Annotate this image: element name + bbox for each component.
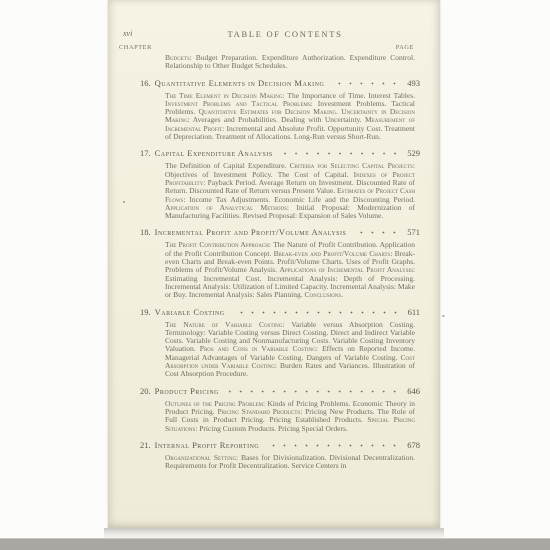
topic-text: Budget Preparation. Expenditure Authoriz… [165, 53, 415, 70]
chapter-page-number: 678 [407, 440, 420, 451]
chapter-page-number: 611 [408, 307, 420, 318]
scan-speck [442, 315, 445, 317]
chapter-page-number: 493 [407, 78, 420, 89]
chapter-heading: 16.Quantitative Elements in Decision Mak… [140, 78, 420, 89]
dot-leader [356, 230, 400, 235]
page-edge-stack [104, 528, 444, 538]
chapter-description: Outlines of the Pricing Problem: Kinds o… [165, 400, 415, 433]
chapter-title: Quantitative Elements in Decision Making [155, 78, 325, 89]
page-title: TABLE OF CONTENTS [150, 0, 420, 39]
book-page: xvi TABLE OF CONTENTS CHAPTER PAGE Budge… [108, 0, 440, 528]
chapter-title: Variable Costing [155, 307, 225, 318]
chapter-title: Product Pricing [155, 386, 219, 397]
chapter-number: 19. [140, 307, 151, 318]
chapter-column-label: CHAPTER [119, 44, 152, 51]
chapter-description: Organizational Setting: Bases for Divisi… [165, 454, 415, 471]
chapter-number: 17. [140, 148, 151, 159]
page-column-label: PAGE [396, 44, 414, 51]
chapter-heading: 21.Internal Profit Reporting678 [140, 440, 420, 451]
dot-leader [283, 151, 401, 156]
topic-text: Pricing Custom Products. Pricing Special… [197, 424, 347, 433]
running-head: xvi TABLE OF CONTENTS [108, 0, 440, 40]
scan-speck [123, 201, 125, 203]
folio-page-number: xvi [123, 29, 132, 38]
chapter-title: Internal Profit Reporting [155, 440, 260, 451]
desk-strip [0, 538, 550, 550]
chapter-title: Capital Expenditure Analysis [155, 148, 273, 159]
toc-entries: 16.Quantitative Elements in Decision Mak… [108, 78, 440, 471]
chapter-title: Incremental Profit and Profit/Volume Ana… [155, 227, 347, 238]
chapter-heading: 19.Variable Costing611 [140, 307, 420, 318]
column-labels: CHAPTER PAGE [119, 44, 414, 51]
chapter-description: The Definition of Capital Expenditure. C… [165, 162, 415, 220]
chapter-number: 20. [140, 386, 151, 397]
dot-leader [334, 81, 400, 86]
chapter-number: 16. [140, 78, 151, 89]
scanned-book-background: xvi TABLE OF CONTENTS CHAPTER PAGE Budge… [0, 0, 550, 550]
chapter-description: The Nature of Variable Costing: Variable… [165, 321, 415, 379]
chapter-heading: 17.Capital Expenditure Analysis529 [140, 148, 420, 159]
chapter-page-number: 646 [407, 386, 420, 397]
chapter-number: 21. [140, 440, 151, 451]
chapter-heading: 20.Product Pricing646 [140, 386, 420, 397]
dot-leader [235, 310, 401, 315]
dot-leader [269, 443, 400, 448]
chapter-page-number: 571 [407, 227, 420, 238]
chapter-heading: 18.Incremental Profit and Profit/Volume … [140, 227, 420, 238]
chapter-page-number: 529 [407, 148, 420, 159]
chapter-description: The Profit Contribution Approach: The Na… [165, 241, 415, 299]
chapter-number: 18. [140, 227, 151, 238]
dot-leader [229, 389, 400, 394]
chapter-description: The Time Element in Decision Making: The… [165, 92, 415, 142]
topic-text: Estimating Incremental Cost. Incremental… [165, 274, 415, 300]
continuation-paragraph: Budgets: Budget Preparation. Expenditure… [165, 54, 415, 71]
topic-small-caps: Conclusions. [305, 290, 344, 299]
